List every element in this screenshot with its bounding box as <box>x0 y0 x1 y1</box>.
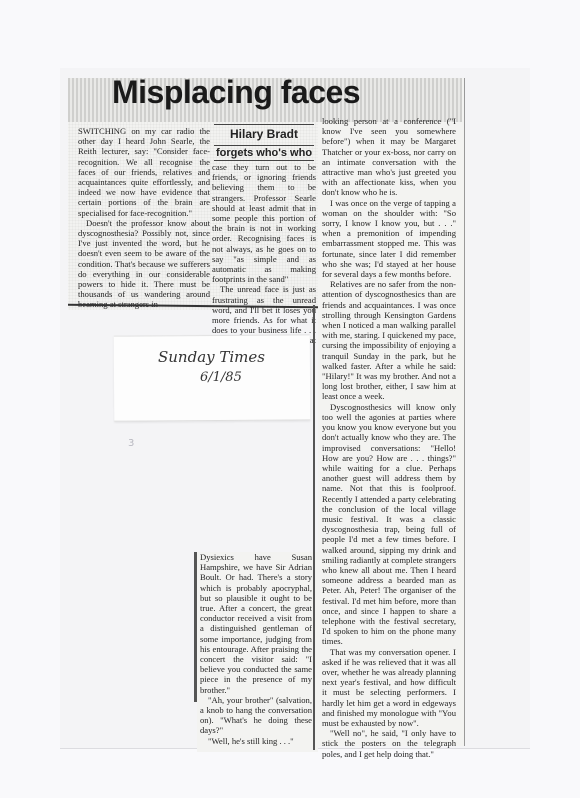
paragraph: "Ah, your brother" (salvation, a knob to… <box>200 695 312 736</box>
article-column-3: looking person at a conference ("I know … <box>322 116 456 759</box>
article-column-2: case they turn out to be friends, or ign… <box>212 162 316 356</box>
pencil-mark: 3 <box>128 438 134 449</box>
paragraph: I was once on the verge of tapping a wom… <box>322 198 456 280</box>
paragraph: SWITCHING on my car radio the other day … <box>78 126 210 218</box>
handwritten-date: 6/1/85 <box>200 370 242 385</box>
vertical-rule <box>194 552 197 702</box>
paragraph: Relatives are no safer from the non-atte… <box>322 279 456 401</box>
paragraph: Doesn't the professor know about dyscogn… <box>78 218 210 310</box>
paragraph: That was my conversation opener. I asked… <box>322 647 456 729</box>
article-column-1: SWITCHING on my car radio the other day … <box>78 126 210 310</box>
vertical-rule <box>313 305 315 750</box>
byline-box: Hilary Bradt forgets who's who <box>214 124 314 161</box>
article-column-4: Dysiexics have Susan Hampshire, we have … <box>200 552 312 746</box>
paragraph: "Well no", he said, "I only have to stic… <box>322 728 456 759</box>
paragraph: Dyscognosthesics will know only too well… <box>322 402 456 647</box>
paragraph: "Well, he's still king . . ." <box>200 736 312 746</box>
paragraph: Dysiexics have Susan Hampshire, we have … <box>200 552 312 695</box>
byline-author: Hilary Bradt <box>214 124 314 141</box>
paragraph: case they turn out to be friends, or ign… <box>212 162 316 284</box>
byline-subheading: forgets who's who <box>214 145 314 161</box>
article-headline: Misplacing faces <box>112 74 360 111</box>
paragraph: looking person at a conference ("I know … <box>322 116 456 198</box>
handwritten-source: Sunday Times <box>158 348 265 366</box>
